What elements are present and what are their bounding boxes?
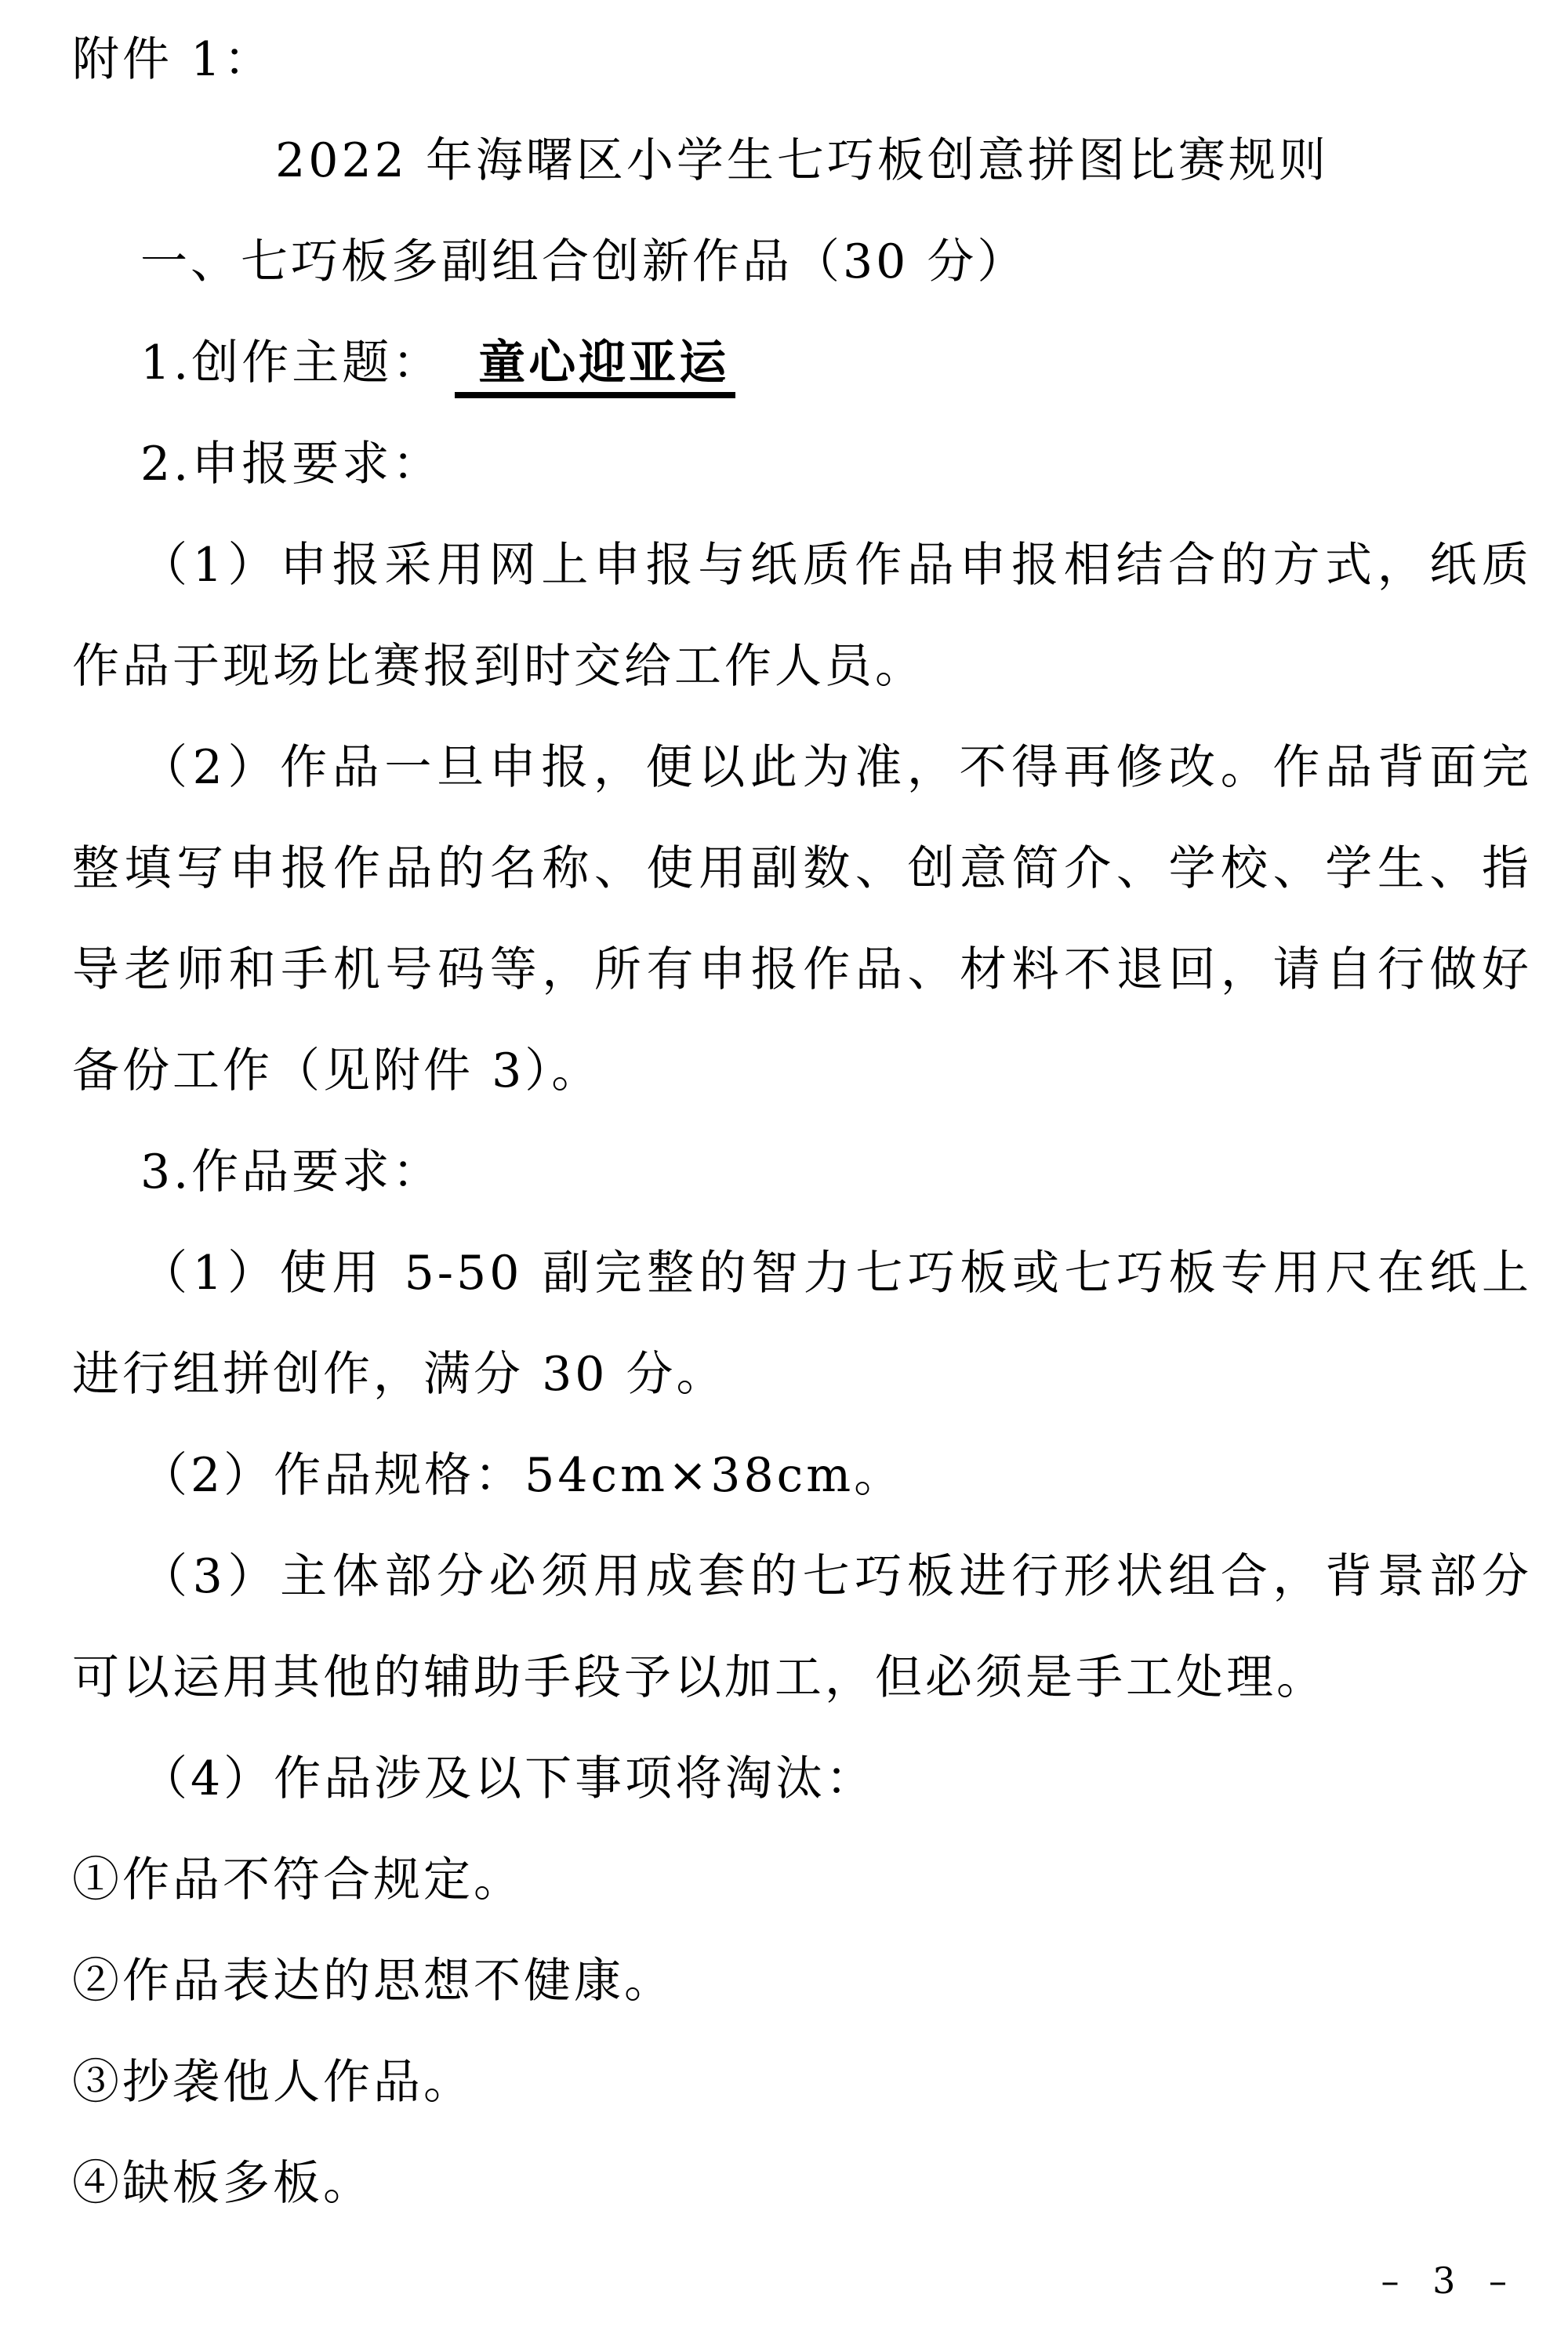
section-heading: 一、七巧板多副组合创新作品（30 分） bbox=[72, 212, 1532, 313]
document-page: 附件 1：2022 年海曙区小学生七巧板创意拼图比赛规则一、七巧板多副组合创新作… bbox=[0, 0, 1568, 2330]
req-1-line-2: 进行组拼创作，满分 30 分。 bbox=[72, 1324, 1532, 1425]
elimination-item-4: ④缺板多板。 bbox=[72, 2133, 1532, 2234]
para-1-line-1: （1）申报采用网上申报与纸质作品申报相结合的方式，纸质 bbox=[72, 515, 1532, 616]
para-2-line-4: 备份工作（见附件 3）。 bbox=[72, 1021, 1532, 1122]
document-body: 附件 1：2022 年海曙区小学生七巧板创意拼图比赛规则一、七巧板多副组合创新作… bbox=[72, 9, 1532, 2234]
elimination-item-3: ③抄袭他人作品。 bbox=[72, 2032, 1532, 2133]
document-title: 2022 年海曙区小学生七巧板创意拼图比赛规则 bbox=[72, 111, 1532, 212]
para-2-line-3: 导老师和手机号码等，所有申报作品、材料不退回，请自行做好 bbox=[72, 920, 1532, 1021]
competition-theme: 童心迎亚运 bbox=[455, 336, 735, 398]
req-1-line-1: （1）使用 5-50 副完整的智力七巧板或七巧板专用尺在纸上 bbox=[72, 1223, 1532, 1324]
req-4-heading: （4）作品涉及以下事项将淘汰： bbox=[72, 1729, 1532, 1830]
theme-label: 1.创作主题： bbox=[140, 336, 442, 390]
para-1-line-2: 作品于现场比赛报到时交给工作人员。 bbox=[72, 616, 1532, 717]
req-2: （2）作品规格：54cm×38cm。 bbox=[72, 1425, 1532, 1526]
para-2-line-1: （2）作品一旦申报，便以此为准，不得再修改。作品背面完 bbox=[72, 717, 1532, 818]
work-requirements-heading: 3.作品要求： bbox=[72, 1122, 1532, 1223]
req-3-line-1: （3）主体部分必须用成套的七巧板进行形状组合，背景部分 bbox=[72, 1526, 1532, 1628]
creation-theme-line: 1.创作主题：童心迎亚运 bbox=[72, 313, 1532, 414]
req-3-line-2: 可以运用其他的辅助手段予以加工，但必须是手工处理。 bbox=[72, 1628, 1532, 1729]
elimination-item-1: ①作品不符合规定。 bbox=[72, 1830, 1532, 1931]
elimination-item-2: ②作品表达的思想不健康。 bbox=[72, 1931, 1532, 2032]
attachment-label: 附件 1： bbox=[72, 9, 1532, 111]
declaration-requirements-heading: 2.申报要求： bbox=[72, 414, 1532, 515]
page-number: – 3 – bbox=[1381, 2263, 1518, 2299]
para-2-line-2: 整填写申报作品的名称、使用副数、创意简介、学校、学生、指 bbox=[72, 818, 1532, 920]
